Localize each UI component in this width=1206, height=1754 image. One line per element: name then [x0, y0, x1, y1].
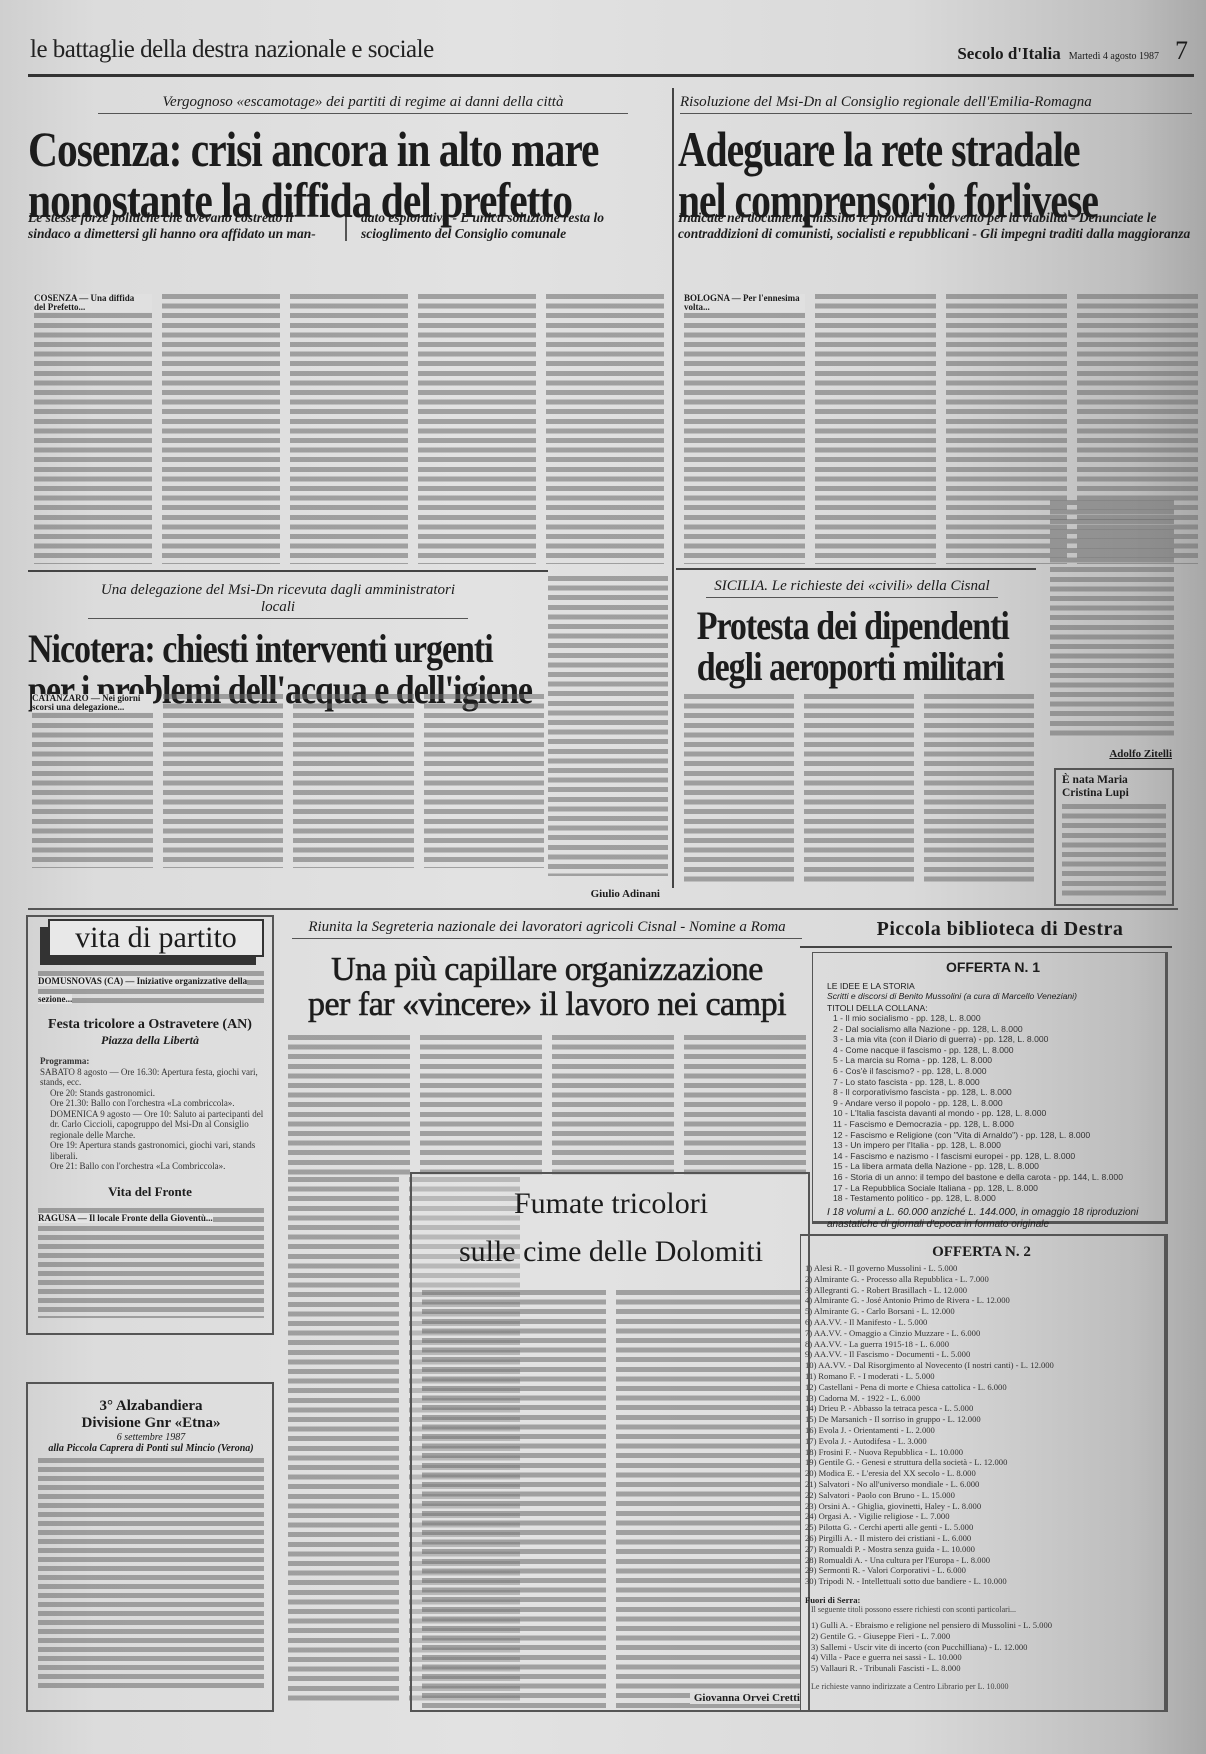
- programma-line: Ore 20: Stands gastronomici.: [40, 1088, 264, 1099]
- article-body: CATANZARO — Nei giorni scorsi una delega…: [32, 694, 544, 868]
- offer-2-title: OFFERTA N. 2: [805, 1244, 1158, 1261]
- offer-1-subtitle: Scritti e discorsi di Benito Mussolini (…: [827, 991, 1159, 1001]
- book-item: 15 - La libera armata della Nazione - pp…: [833, 1161, 1159, 1172]
- programma-line: Ore 21.30: Ballo con l'orchestra «La com…: [40, 1098, 264, 1109]
- body-column: [422, 1290, 606, 1708]
- fronte-body: RAGUSA — Il locale Fronte della Gioventù…: [38, 1208, 264, 1318]
- article-kicker: Risoluzione del Msi-Dn al Consiglio regi…: [680, 94, 1192, 114]
- book-item: 2) Almirante G. - Processo alla Repubbli…: [805, 1274, 1158, 1285]
- section-divider: [676, 568, 1036, 570]
- offer-2-extra-note: Il seguente titoli possono essere richie…: [805, 1605, 1158, 1614]
- byline-nicotera: Giulio Adinani: [560, 888, 660, 900]
- offer-1-title: OFFERTA N. 1: [827, 959, 1159, 975]
- alzabandiera-date: 6 settembre 1987: [38, 1432, 264, 1443]
- article-kicker: Vergognoso «escamotage» dei partiti di r…: [98, 94, 628, 114]
- book-item: 20) Modica E. - L'eresia del XX secolo -…: [805, 1468, 1158, 1479]
- book-item: 1 - Il mio socialismo - pp. 128, L. 8.00…: [833, 1013, 1159, 1024]
- vita-di-partito-title: vita di partito: [48, 919, 264, 957]
- book-item: 13) Cadorna M. - 1922 - L. 6.000: [805, 1393, 1158, 1404]
- book-item: 10 - L'Italia fascista davanti al mondo …: [833, 1108, 1159, 1119]
- masthead-rule: [28, 74, 1194, 77]
- book-item: 6 - Cos'è il fascismo? - pp. 128, L. 8.0…: [833, 1066, 1159, 1077]
- body-column: [293, 694, 414, 868]
- offer-1-series: LE IDEE E LA STORIA: [827, 981, 1159, 991]
- headline-line-2: degli aeroporti militari: [697, 647, 984, 688]
- article-nicotera: Una delegazione del Msi-Dn ricevuta dagl…: [28, 576, 548, 896]
- book-item: 26) Pirgilli A. - Il mistero dei cristia…: [805, 1533, 1158, 1544]
- article-dolomiti: Fumate tricolori sulle cime delle Dolomi…: [410, 1172, 810, 1712]
- headline-line-1: Adeguare la rete stradale: [678, 124, 1089, 175]
- offer-2-extra-label: Fuori di Serra:: [805, 1595, 1158, 1605]
- book-item: 6) AA.VV. - Il Manifesto - L. 5.000: [805, 1317, 1158, 1328]
- article-forli: Risoluzione del Msi-Dn al Consiglio regi…: [678, 82, 1198, 572]
- article-kicker: SICILIA. Le richieste dei «civili» della…: [706, 578, 998, 598]
- article-headline: Una più capillare organizzazione per far…: [282, 953, 812, 1022]
- book-item: 22) Salvatori - Paolo con Bruno - L. 15.…: [805, 1490, 1158, 1501]
- headline-line-2: per far «vincere» il lavoro nei campi: [282, 988, 812, 1023]
- article-dateline: COSENZA — Una diffida del Prefetto...: [34, 294, 152, 312]
- article-dateline: BOLOGNA — Per l'ennesima volta...: [684, 294, 805, 312]
- section-divider: [28, 908, 1178, 910]
- section-title: le battaglie della destra nazionale e so…: [30, 36, 434, 64]
- article-headline: Cosenza: crisi ancora in alto mare nonos…: [28, 124, 559, 226]
- body-column: [924, 694, 1034, 882]
- page-number: 7: [1175, 36, 1188, 66]
- programma-line: Ore 21: Ballo con l'orchestra «La Combri…: [40, 1161, 264, 1172]
- body-column: [684, 694, 794, 882]
- headline-line-2: nel comprensorio forlivese: [678, 175, 1089, 226]
- programma-label: Programma:: [40, 1056, 264, 1067]
- book-item: 17) Evola J. - Autodifesa - L. 3.000: [805, 1436, 1158, 1447]
- book-item: 10) AA.VV. - Dal Risorgimento al Novecen…: [805, 1360, 1158, 1371]
- book-item: 19) Gentile G. - Genesi e struttura dell…: [805, 1457, 1158, 1468]
- book-item: 12 - Fascismo e Religione (con "Vita di …: [833, 1130, 1159, 1141]
- book-item: 3) Sallemi - Uscir vite di incerto (con …: [811, 1642, 1158, 1653]
- headline-line-2: sulle cime delle Dolomiti: [422, 1228, 800, 1276]
- body-column: [163, 694, 284, 868]
- body-column: [1062, 804, 1166, 900]
- book-item: 25) Pilotta G. - Cerchi aperti alle gent…: [805, 1522, 1158, 1533]
- book-item: 11) Romano F. - I moderati - L. 5.000: [805, 1371, 1158, 1382]
- byline-sicilia: Adolfo Zitelli: [1060, 748, 1172, 760]
- offer-2-book-list: 1) Alesi R. - Il governo Mussolini - L. …: [805, 1263, 1158, 1587]
- body-column: [288, 1035, 410, 1175]
- book-item: 1) Gulli A. - Ebraismo e religione nel p…: [811, 1620, 1158, 1631]
- body-column: [548, 576, 668, 876]
- body-column: [546, 294, 664, 564]
- section-divider: [28, 570, 548, 572]
- body-column: [420, 1035, 542, 1175]
- body-column: [1050, 500, 1174, 740]
- article-headline: Adeguare la rete stradale nel comprensor…: [678, 124, 1089, 226]
- offer-2-extra-list: 1) Gulli A. - Ebraismo e religione nel p…: [805, 1620, 1158, 1674]
- birth-notice-body: [1062, 804, 1166, 900]
- book-item: 2 - Dal socialismo alla Nazione - pp. 12…: [833, 1024, 1159, 1035]
- body-column: CATANZARO — Nei giorni scorsi una delega…: [32, 694, 153, 868]
- body-column: [290, 294, 408, 564]
- book-item: 1) Alesi R. - Il governo Mussolini - L. …: [805, 1263, 1158, 1274]
- headline-line-1: Protesta dei dipendenti: [697, 606, 984, 647]
- article-sicilia: SICILIA. Le richieste dei «civili» della…: [678, 572, 1038, 882]
- article-kicker: Una delegazione del Msi-Dn ricevuta dagl…: [88, 582, 468, 619]
- alzabandiera-place: alla Piccola Caprera di Ponti sul Mincio…: [38, 1443, 264, 1454]
- book-item: 5) Vallauri R. - Tribunali Fascisti - L.…: [811, 1663, 1158, 1674]
- book-item: 16) Evola J. - Orientamenti - L. 2.000: [805, 1425, 1158, 1436]
- book-item: 9 - Andare verso il popolo - pp. 128, L.…: [833, 1098, 1159, 1109]
- biblioteca-title: Piccola biblioteca di Destra: [820, 918, 1180, 941]
- offer-2-footer: Le richieste vanno indirizzate a Centro …: [805, 1682, 1158, 1691]
- article-headline: Fumate tricolori sulle cime delle Dolomi…: [422, 1180, 800, 1276]
- body-column: [418, 294, 536, 564]
- programma-line: SABATO 8 agosto — Ore 16.30: Apertura fe…: [40, 1067, 264, 1088]
- book-item: 14) Drieu P. - Abbasso la tetraca pesca …: [805, 1403, 1158, 1414]
- offer-2: OFFERTA N. 2 1) Alesi R. - Il governo Mu…: [800, 1234, 1168, 1712]
- article-dateline: CATANZARO — Nei giorni scorsi una delega…: [32, 694, 153, 712]
- book-item: 28) Romualdi A. - Una cultura per l'Euro…: [805, 1555, 1158, 1566]
- body-column: [804, 694, 914, 882]
- book-item: 2) Gentile G. - Giuseppe Fieri - L. 7.00…: [811, 1631, 1158, 1642]
- headline-line-1: Una più capillare organizzazione: [282, 953, 812, 988]
- programma-line: Ore 19: Apertura stands gastronomici, gi…: [40, 1140, 264, 1161]
- book-item: 11 - Fascismo e Democrazia - pp. 128, L.…: [833, 1119, 1159, 1130]
- body-column: [424, 694, 545, 868]
- article-body: COSENZA — Una diffida del Prefetto...: [34, 294, 664, 564]
- book-item: 12) Castellani - Pena di morte e Chiesa …: [805, 1382, 1158, 1393]
- offer-1-footer: I 18 volumi a L. 60.000 anziché L. 144.0…: [827, 1207, 1159, 1231]
- body-column: [288, 1177, 399, 1705]
- body-column: [815, 294, 936, 564]
- book-item: 14 - Fascismo e nazismo - I fascismi eur…: [833, 1151, 1159, 1162]
- book-item: 21) Salvatori - No all'universo mondiale…: [805, 1479, 1158, 1490]
- headline-line-2: nonostante la diffida del prefetto: [28, 175, 559, 226]
- alzabandiera-title-2: Divisione Gnr «Etna»: [38, 1415, 264, 1432]
- fronte-title: Vita del Fronte: [28, 1184, 272, 1200]
- body-column: [684, 1035, 806, 1175]
- article-body: [422, 1290, 800, 1708]
- book-item: 15) De Marsanich - Il sorriso in gruppo …: [805, 1414, 1158, 1425]
- body-column: [616, 1290, 800, 1708]
- birth-notice-title: È nata Maria Cristina Lupi: [1062, 774, 1166, 800]
- book-item: 4) Almirante G. - José Antonio Primo de …: [805, 1295, 1158, 1306]
- article-body-continued: [548, 576, 668, 876]
- festa-programma: Programma: SABATO 8 agosto — Ore 16.30: …: [40, 1056, 264, 1172]
- offer-1-list-label: TITOLI DELLA COLLANA:: [827, 1003, 1159, 1013]
- festa-title: Festa tricolore a Ostravetere (AN): [28, 1017, 272, 1033]
- headline-line-1: Fumate tricolori: [422, 1180, 800, 1228]
- book-item: 18 - Testamento politico - pp. 128, L. 8…: [833, 1193, 1159, 1204]
- book-item: 23) Orsini A. - Ghiglia, giovinetti, Hal…: [805, 1501, 1158, 1512]
- biblioteca-rule: [800, 946, 1172, 948]
- body-column: [946, 294, 1067, 564]
- birth-notice: È nata Maria Cristina Lupi: [1054, 768, 1174, 906]
- alzabandiera-title-1: 3° Alzabandiera: [38, 1398, 264, 1415]
- alzabandiera-notice: 3° Alzabandiera Divisione Gnr «Etna» 6 s…: [26, 1382, 274, 1712]
- headline-line-1: Nicotera: chiesti interventi urgenti: [28, 629, 470, 670]
- book-item: 16 - Storia di un anno: il tempo del bas…: [833, 1172, 1159, 1183]
- book-item: 8) AA.VV. - La guerra 1915-18 - L. 6.000: [805, 1339, 1158, 1350]
- book-item: 7 - Lo stato fascista - pp. 128, L. 8.00…: [833, 1077, 1159, 1088]
- body-column: BOLOGNA — Per l'ennesima volta...: [684, 294, 805, 564]
- article-body: [288, 1035, 806, 1175]
- body-column: [552, 1035, 674, 1175]
- book-item: 27) Romualdi P. - Mostra senza guida - L…: [805, 1544, 1158, 1555]
- issue-date: Martedì 4 agosto 1987: [1069, 51, 1159, 62]
- paper-name: Secolo d'Italia: [957, 44, 1060, 64]
- book-item: 9) AA.VV. - Il Fascismo - Documenti - L.…: [805, 1349, 1158, 1360]
- book-item: 7) AA.VV. - Omaggio a Cinzio Muzzare - L…: [805, 1328, 1158, 1339]
- article-cosenza: Vergognoso «escamotage» dei partiti di r…: [28, 82, 668, 572]
- book-item: 13 - Un impero per l'Italia - pp. 128, L…: [833, 1140, 1159, 1151]
- vita-di-partito: vita di partito DOMUSNOVAS (CA) — Inizia…: [26, 915, 274, 1335]
- headline-line-1: Cosenza: crisi ancora in alto mare: [28, 124, 559, 175]
- article-body: [684, 694, 1034, 882]
- byline-dolomiti: Giovanna Orvei Cretti: [690, 1692, 800, 1704]
- book-item: 4) Villa - Pace e guerra nei sassi - L. …: [811, 1652, 1158, 1663]
- book-item: 24) Orgasi A. - Vigilie religiose - L. 7…: [805, 1511, 1158, 1522]
- book-item: 4 - Come nacque il fascismo - pp. 128, L…: [833, 1045, 1159, 1056]
- book-item: 29) Sermonti R. - Valori Corporativi - L…: [805, 1565, 1158, 1576]
- article-headline: Protesta dei dipendenti degli aeroporti …: [678, 606, 984, 688]
- offer-1-book-list: 1 - Il mio socialismo - pp. 128, L. 8.00…: [827, 1013, 1159, 1204]
- body-column: COSENZA — Una diffida del Prefetto...: [34, 294, 152, 564]
- book-item: 5) Almirante G. - Carlo Borsani - L. 12.…: [805, 1306, 1158, 1317]
- programma-line: DOMENICA 9 agosto — Ore 10: Saluto ai pa…: [40, 1109, 264, 1141]
- book-item: 3) Allegranti G. - Robert Brasillach - L…: [805, 1285, 1158, 1296]
- book-item: 30) Tripodi N. - Intellettuali sotto due…: [805, 1576, 1158, 1587]
- alzabandiera-body: [38, 1458, 264, 1688]
- body-column: [162, 294, 280, 564]
- festa-place: Piazza della Libertà: [28, 1033, 272, 1048]
- article-kicker: Riunita la Segreteria nazionale dei lavo…: [292, 919, 802, 939]
- masthead-info: Secolo d'Italia Martedì 4 agosto 1987 7: [957, 36, 1188, 66]
- book-item: 5 - La marcia su Roma - pp. 128, L. 8.00…: [833, 1055, 1159, 1066]
- offer-1: OFFERTA N. 1 LE IDEE E LA STORIA Scritti…: [812, 952, 1168, 1224]
- book-item: 8 - Il corporativismo fascista - pp. 128…: [833, 1087, 1159, 1098]
- fronte-text: RAGUSA — Il locale Fronte della Gioventù…: [38, 1213, 213, 1223]
- book-item: 17 - La Repubblica Sociale Italiana - pp…: [833, 1183, 1159, 1194]
- article-sicilia-right-column: [1050, 500, 1174, 740]
- column-divider: [672, 88, 674, 888]
- book-item: 18) Frosini F. - Nuova Repubblica - L. 1…: [805, 1447, 1158, 1458]
- vita-intro: DOMUSNOVAS (CA) — Iniziative organizzati…: [38, 971, 264, 1007]
- book-item: 3 - La mia vita (con il Diario di guerra…: [833, 1034, 1159, 1045]
